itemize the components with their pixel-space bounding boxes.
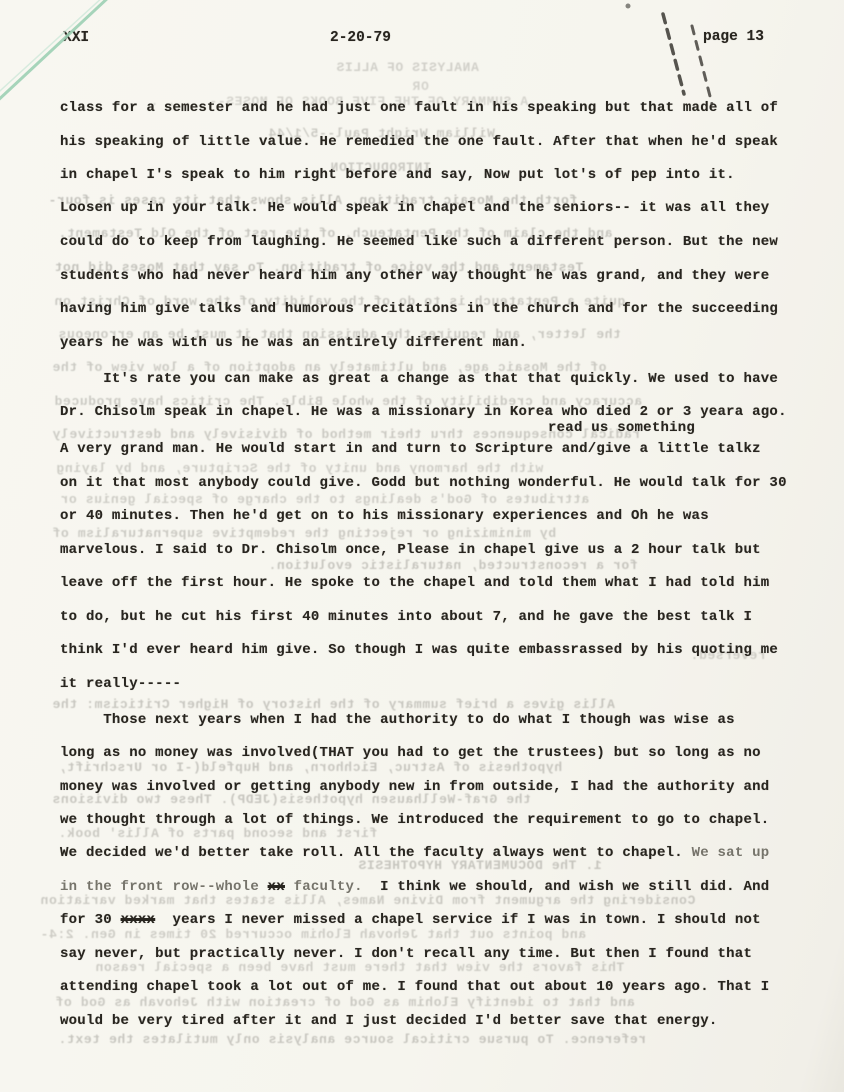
typed-line-22: we thought through a lot of things. We i…: [60, 812, 769, 828]
typed-segment: in chapel I's speak to him right before …: [60, 167, 735, 183]
typed-line-18: it really-----: [60, 676, 181, 692]
typed-segment: marvelous. I said to Dr. Chisolm once, P…: [60, 542, 761, 558]
typed-line-24: in the front row--whole xx faculty. I th…: [60, 879, 769, 895]
typed-line-20: long as no money was involved(THAT you h…: [60, 745, 761, 761]
ghost-line-28: reference. To pursue critical source ana…: [58, 1032, 646, 1047]
typed-segment-strike: xx: [268, 879, 285, 895]
typed-segment: years I never missed a chapel service if…: [155, 912, 761, 928]
typed-line-16: to do, but he cut his first 40 minutes i…: [60, 609, 752, 625]
ghost-line-1: ANALYSIS OF ALLIS: [336, 60, 479, 75]
ghost-line-17: for a reconstructed, naturalistic evolut…: [268, 558, 638, 573]
typed-line-21: money was involved or getting anybody ne…: [60, 779, 769, 795]
typed-segment: to do, but he cut his first 40 minutes i…: [60, 609, 752, 625]
green-scratch-line: [0, 0, 110, 104]
ink-speck: [626, 4, 631, 9]
typed-line-9: It's rate you can make as great a change…: [60, 371, 778, 387]
ghost-line-20: hypothesis of Astruc, Eichhorn, and Hupf…: [58, 760, 562, 775]
ghost-line-24: Considering the argument from Divine Nam…: [40, 893, 695, 908]
typed-line-14: marvelous. I said to Dr. Chisolm once, P…: [60, 542, 761, 558]
typed-line-13: or 40 minutes. Then he'd get on to his m…: [60, 508, 709, 524]
typed-line-8: years he was with us he was an entirely …: [60, 335, 527, 351]
typed-line-23: We decided we'd better take roll. All th…: [60, 845, 769, 861]
typed-line-4: Loosen up in your talk. He would speak i…: [60, 200, 769, 216]
ghost-line-15: attributes of God's dealings to the char…: [60, 492, 589, 507]
typed-segment: years he was with us he was an entirely …: [60, 335, 527, 351]
ghost-line-27: and that to identify Elohim as God of cr…: [55, 995, 635, 1010]
typed-segment-faint: We sat up: [692, 845, 770, 861]
typed-segment: could do to keep from laughing. He seeme…: [60, 234, 778, 250]
typed-segment: say never, but practically never. I don'…: [60, 946, 752, 962]
typed-line-6: students who had never heard him any oth…: [60, 268, 769, 284]
typed-segment: attending chapel took a lot out of me. I…: [60, 979, 769, 995]
typed-line-28: would be very tired after it and I just …: [60, 1013, 718, 1029]
typed-segment: I think we should, and wish we still did…: [363, 879, 770, 895]
ghost-line-2: OR: [412, 79, 429, 94]
green-scratch-line-highlight: [0, 0, 104, 100]
typed-line-19: Those next years when I had the authorit…: [60, 712, 735, 728]
typed-segment: having him give talks and humorous recit…: [60, 301, 778, 317]
chapter-numeral: XXI: [63, 30, 89, 46]
typed-segment: leave off the first hour. He spoke to th…: [60, 575, 769, 591]
typed-segment: Loosen up in your talk. He would speak i…: [60, 200, 769, 216]
ghost-line-26: This favors the view that there must hav…: [95, 960, 624, 975]
ghost-line-16: by minimizing or rejecting the redemptiv…: [52, 526, 556, 541]
typed-segment: A very grand man. He would start in and …: [60, 441, 761, 457]
typed-line-5: could do to keep from laughing. He seeme…: [60, 234, 778, 250]
typed-line-2: his speaking of little value. He remedie…: [60, 134, 778, 150]
ghost-line-25: and points out that Jehovah Elohim occur…: [40, 927, 586, 942]
typed-segment: would be very tired after it and I just …: [60, 1013, 718, 1029]
typed-insertion: read us something: [548, 420, 695, 436]
typed-segment-faint: faculty.: [285, 879, 363, 895]
typed-segment: we thought through a lot of things. We i…: [60, 812, 769, 828]
typed-line-12: on it that most anybody could give. Godd…: [60, 475, 787, 491]
typed-segment-strike: xxxx: [121, 912, 156, 928]
typed-line-15: leave off the first hour. He spoke to th…: [60, 575, 769, 591]
ghost-line-22: first and second parts of Allis' book.: [58, 826, 377, 841]
typed-segment: his speaking of little value. He remedie…: [60, 134, 778, 150]
typed-line-10: Dr. Chisolm speak in chapel. He was a mi…: [60, 404, 787, 420]
ghost-line-19: Allis gives a brief summary of the histo…: [52, 697, 615, 712]
typed-segment: think I'd ever heard him give. So though…: [60, 642, 778, 658]
typed-segment: long as no money was involved(THAT you h…: [60, 745, 761, 761]
typed-segment: class for a semester and he had just one…: [60, 100, 778, 116]
typed-segment: We decided we'd better take roll. All th…: [60, 845, 692, 861]
typed-segment: students who had never heard him any oth…: [60, 268, 769, 284]
typed-line-25: for 30 xxxx years I never missed a chape…: [60, 912, 761, 928]
date-heading: 2-20-79: [330, 30, 391, 46]
scanned-typescript-page: ANALYSIS OF ALLISORA SUMMARY OF THE FIVE…: [0, 0, 844, 1092]
typed-segment: or 40 minutes. Then he'd get on to his m…: [60, 508, 709, 524]
typed-line-3: in chapel I's speak to him right before …: [60, 167, 735, 183]
typed-segment: on it that most anybody could give. Godd…: [60, 475, 787, 491]
typed-segment: Dr. Chisolm speak in chapel. He was a mi…: [60, 404, 787, 420]
typed-segment: It's rate you can make as great a change…: [60, 371, 778, 387]
ink-stroke-left: [663, 14, 684, 94]
page-number: page 13: [703, 29, 764, 45]
typed-line-11: A very grand man. He would start in and …: [60, 441, 761, 457]
typed-line-1: class for a semester and he had just one…: [60, 100, 778, 116]
typed-segment: it really-----: [60, 676, 181, 692]
typed-segment: money was involved or getting anybody ne…: [60, 779, 769, 795]
typed-line-7: having him give talks and humorous recit…: [60, 301, 778, 317]
typed-line-26: say never, but practically never. I don'…: [60, 946, 752, 962]
typed-segment-faint: in the front row--whole: [60, 879, 268, 895]
ghost-line-14: with the harmony and unity of the Script…: [56, 461, 543, 476]
typed-segment: Those next years when I had the authorit…: [60, 712, 735, 728]
typed-line-17: think I'd ever heard him give. So though…: [60, 642, 778, 658]
typed-line-27: attending chapel took a lot out of me. I…: [60, 979, 769, 995]
typed-segment: for 30: [60, 912, 121, 928]
